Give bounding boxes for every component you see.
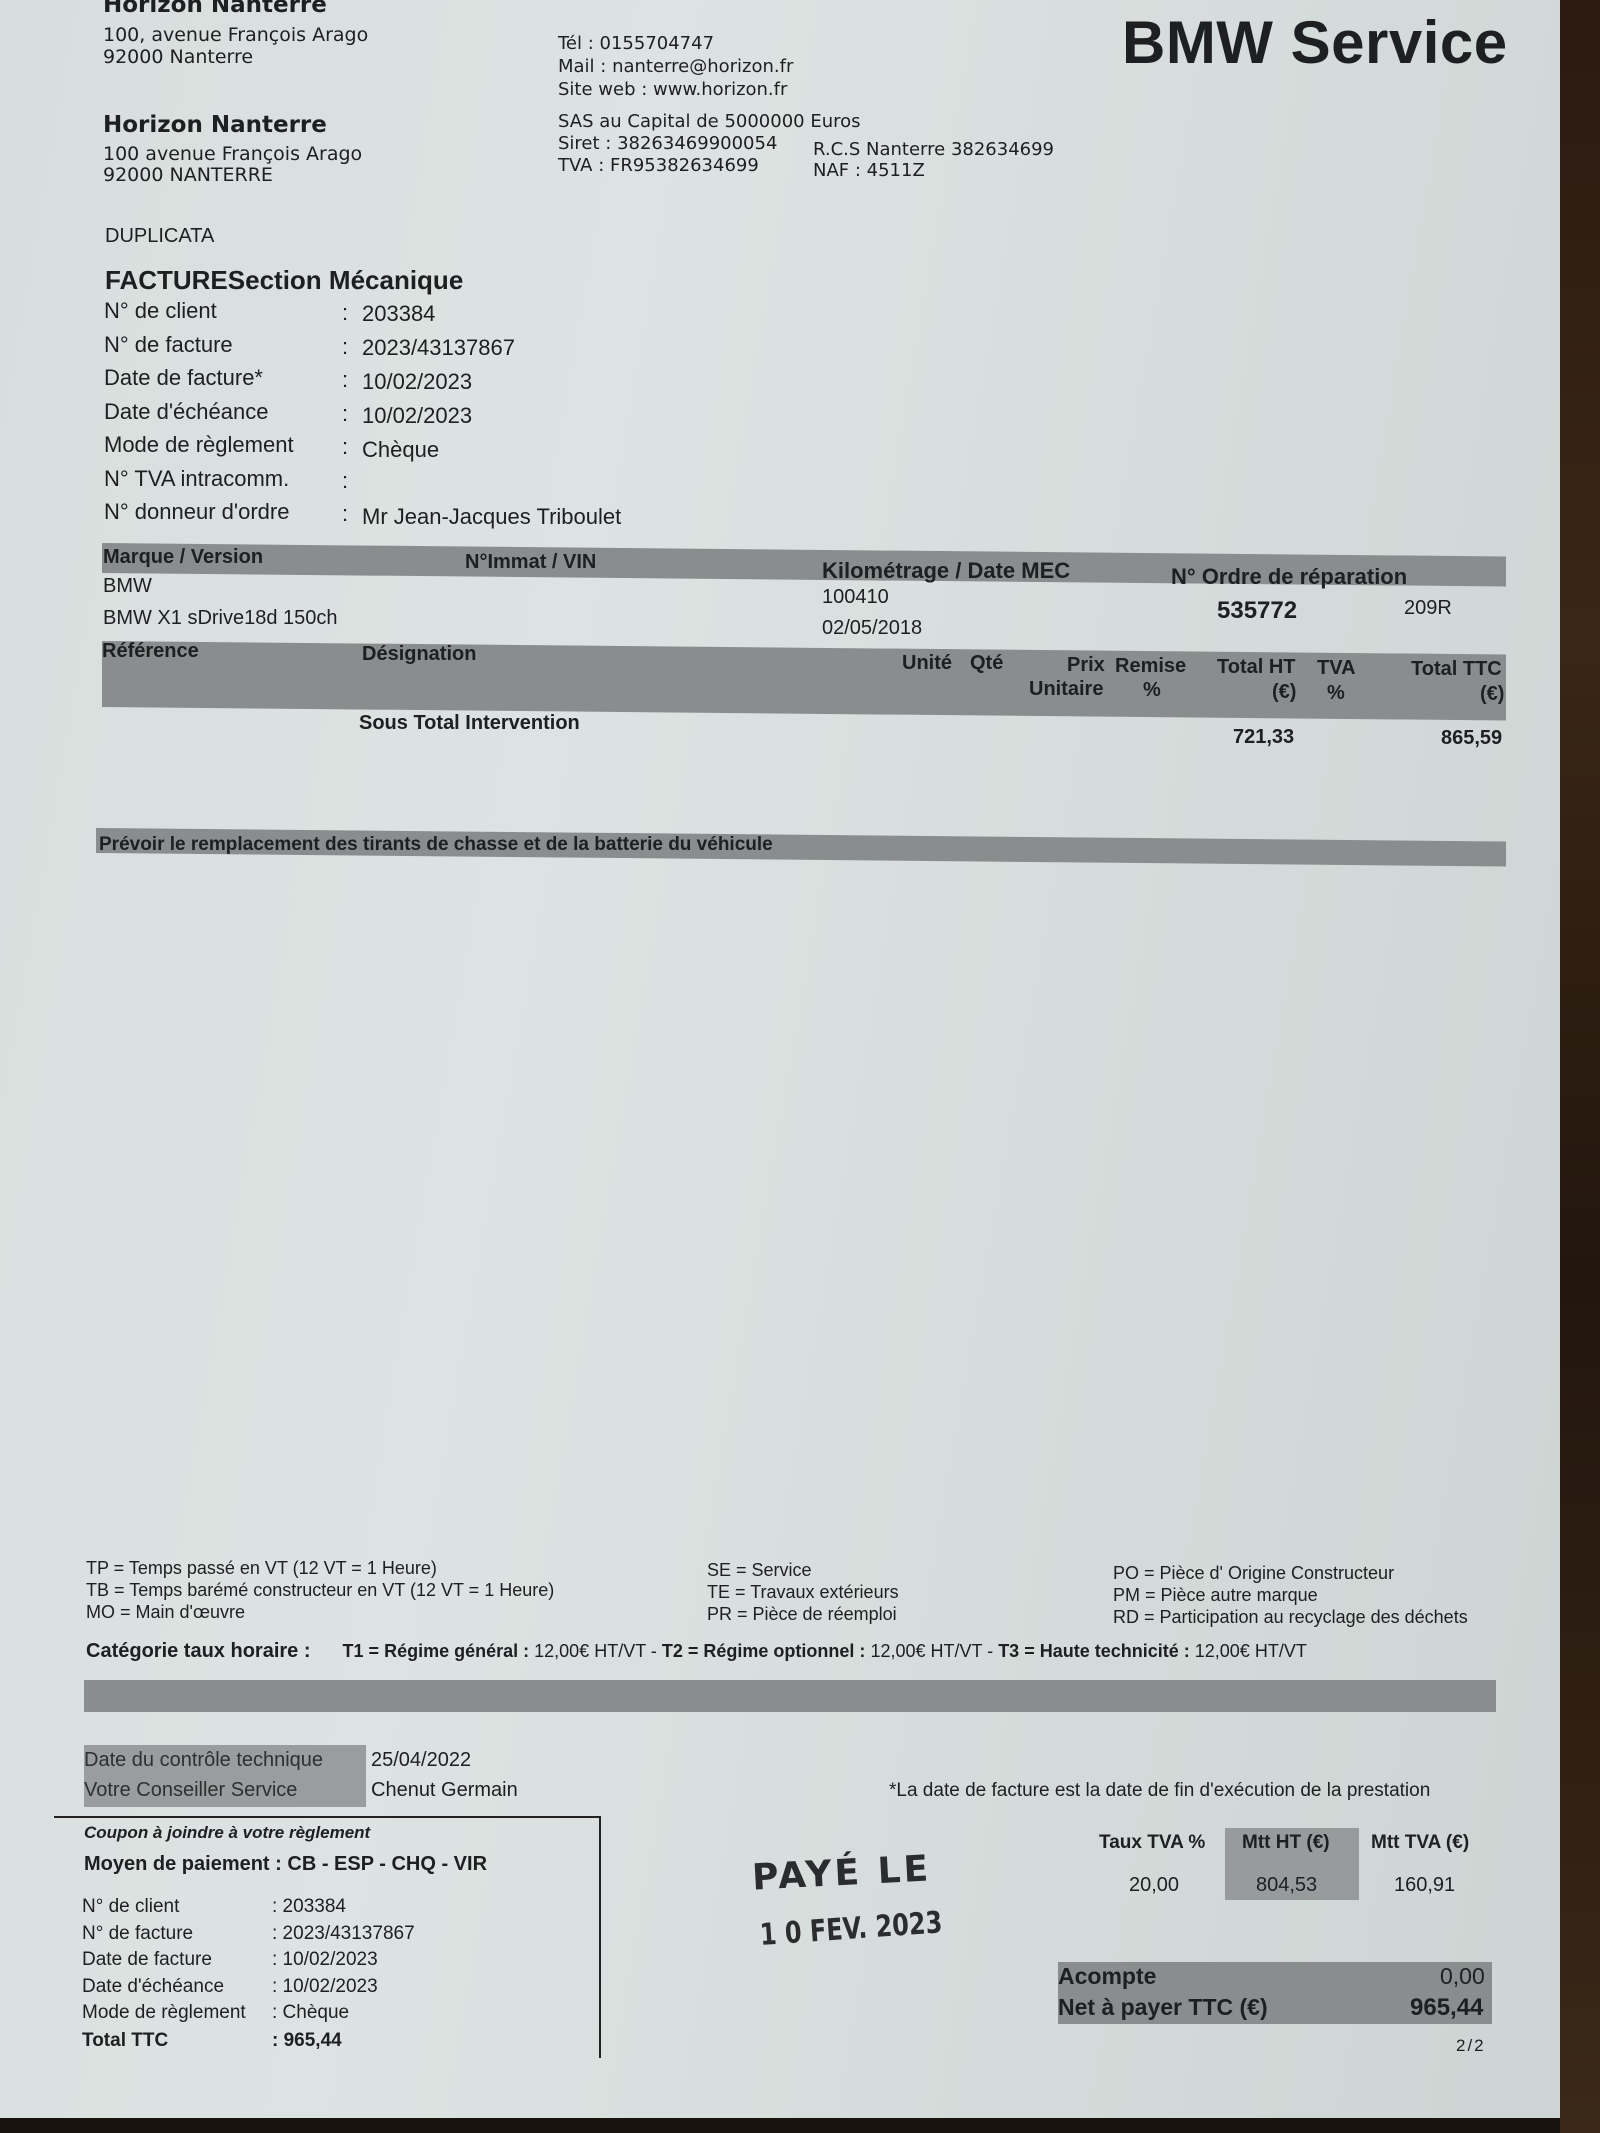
vehicle-date-mec: 02/05/2018 [822, 617, 922, 640]
rate-t3-label: T3 = Haute technicité : [998, 1641, 1190, 1661]
vat-amount-value: 160,91 [1394, 1874, 1455, 1897]
rate-t1-label: T1 = Régime général : [343, 1641, 530, 1661]
coupon-field-label: Mode de règlement [82, 2002, 246, 2024]
vehicle-mileage-header: Kilométrage / Date MEC [822, 558, 1070, 584]
vat-ht-value: 804,53 [1256, 1874, 1317, 1897]
legend-item: PR = Pièce de réemploi [707, 1603, 899, 1625]
company-tva: TVA : FR95382634699 [558, 153, 759, 178]
net-payable-value: 965,44 [1410, 1994, 1483, 2022]
coupon-field-label: N° de client [82, 1896, 179, 1918]
coupon-field-label: Date de facture [82, 1949, 212, 1971]
company-naf: NAF : 4511Z [813, 158, 925, 183]
net-payable-label: Net à payer TTC (€) [1058, 1994, 1268, 2021]
duplicata-label: DUPLICATA [105, 225, 214, 248]
legend-item: TB = Temps barémé constructeur en VT (12… [86, 1579, 554, 1601]
col-price-line2: Unitaire [1029, 678, 1103, 701]
legend-column-2: SE = ServiceTE = Travaux extérieursPR = … [707, 1559, 899, 1625]
invoice-field-label: N° de facture [104, 332, 233, 358]
col-total-ht-line2: (€) [1272, 681, 1296, 704]
rate-t1-value: 12,00€ HT/VT - [534, 1641, 657, 1661]
deposit-value: 0,00 [1440, 1963, 1485, 1990]
vat-rate-value: 20,00 [1129, 1874, 1179, 1897]
invoice-field-label: Date d'échéance [104, 399, 268, 425]
separator-bar [84, 1680, 1496, 1712]
legend-column-3: PO = Pièce d' Origine ConstructeurPM = P… [1113, 1562, 1468, 1628]
col-total-ttc-line2: (€) [1480, 683, 1504, 706]
col-reference: Référence [102, 640, 199, 663]
legend-item: RD = Participation au recyclage des déch… [1113, 1606, 1468, 1628]
invoice-field-value: Mr Jean-Jacques Triboulet [362, 504, 621, 530]
coupon-title: Coupon à joindre à votre règlement [84, 1823, 370, 1843]
col-discount: Remise [1115, 655, 1186, 678]
col-price: Prix [1067, 654, 1105, 677]
vehicle-plate-header: N°Immat / VIN [465, 551, 596, 574]
coupon-field-value: : 10/02/2023 [272, 1976, 378, 1998]
col-tva-line2: % [1327, 682, 1345, 705]
recipient-name: Horizon Nanterre [103, 112, 327, 138]
repair-order-number: 535772 [1217, 597, 1297, 625]
rate-t3-value: 12,00€ HT/VT [1195, 1641, 1307, 1661]
rate-t2-label: T2 = Régime optionnel : [662, 1641, 866, 1661]
col-tva: TVA [1317, 657, 1356, 680]
sender-address-line2: 92000 Nanterre [103, 46, 253, 68]
advisor-label: Votre Conseiller Service [84, 1779, 297, 1802]
hourly-rates: Catégorie taux horaire : T1 = Régime gén… [86, 1640, 1307, 1663]
invoice-field-separator: : [342, 468, 348, 494]
legend-item: PO = Pièce d' Origine Constructeur [1113, 1562, 1468, 1584]
invoice-field-value: 2023/43137867 [362, 335, 515, 361]
deposit-label: Acompte [1058, 1963, 1156, 1990]
payment-methods: Moyen de paiement : CB - ESP - CHQ - VIR [84, 1853, 487, 1876]
invoice-field-separator: : [342, 367, 348, 393]
legend-item: TE = Travaux extérieurs [707, 1581, 899, 1603]
sender-address-line1: 100, avenue François Arago [103, 24, 368, 46]
coupon-field-value: : 203384 [272, 1896, 346, 1918]
vehicle-version: BMW X1 sDrive18d 150ch [103, 607, 338, 630]
vat-ht-header: Mtt HT (€) [1242, 1832, 1330, 1854]
coupon-field-value: : 2023/43137867 [272, 1923, 415, 1945]
col-discount-line2: % [1143, 679, 1161, 702]
col-unit: Unité [902, 652, 952, 675]
subtotal-ht: 721,33 [1233, 726, 1294, 749]
invoice-page: Horizon Nanterre 100, avenue François Ar… [0, 0, 1560, 2118]
subtotal-ttc: 865,59 [1441, 727, 1502, 750]
col-designation: Désignation [362, 643, 476, 666]
invoice-field-value: 203384 [362, 301, 435, 327]
invoice-field-label: Date de facture* [104, 365, 263, 391]
invoice-field-value: 10/02/2023 [362, 403, 472, 429]
subtotal-label: Sous Total Intervention [359, 712, 580, 735]
invoice-field-label: Mode de règlement [104, 432, 294, 458]
invoice-field-separator: : [342, 300, 348, 326]
coupon-total-value: : 965,44 [272, 2030, 342, 2052]
ct-date-label: Date du contrôle technique [84, 1749, 323, 1772]
vat-amount-header: Mtt TVA (€) [1371, 1832, 1469, 1854]
rates-label: Catégorie taux horaire : [86, 1640, 311, 1662]
vehicle-brand: BMW [103, 575, 152, 598]
col-total-ht: Total HT [1217, 656, 1296, 679]
invoice-field-separator: : [342, 501, 348, 527]
legend-column-1: TP = Temps passé en VT (12 VT = 1 Heure)… [86, 1557, 554, 1623]
ct-date-value: 25/04/2022 [371, 1749, 471, 1772]
invoice-field-label: N° de client [104, 298, 217, 324]
coupon-field-value: : Chèque [272, 2002, 349, 2024]
background-surface [1560, 0, 1600, 2133]
coupon-field-value: : 10/02/2023 [272, 1949, 378, 1971]
invoice-field-label: N° TVA intracomm. [104, 466, 289, 492]
coupon-total-label: Total TTC [82, 2030, 168, 2052]
contact-mail: Mail : nanterre@horizon.fr [558, 54, 793, 79]
repair-order-header: N° Ordre de réparation [1171, 564, 1407, 590]
col-qty: Qté [970, 652, 1003, 675]
invoice-field-label: N° donneur d'ordre [104, 499, 289, 525]
recipient-address-line2: 92000 NANTERRE [103, 164, 273, 186]
brand-title: BMW Service [1122, 8, 1508, 77]
paid-stamp-date: 1 0 FEV. 2023 [759, 1905, 944, 1953]
advisor-value: Chenut Germain [371, 1779, 518, 1802]
vehicle-mileage: 100410 [822, 586, 889, 609]
legend-item: PM = Pièce autre marque [1113, 1584, 1468, 1606]
contact-web: Site web : www.horizon.fr [558, 77, 787, 102]
invoice-title: FACTURESection Mécanique [105, 265, 463, 296]
vat-rate-header: Taux TVA % [1099, 1832, 1205, 1854]
contact-tel: Tél : 0155704747 [558, 31, 714, 56]
col-total-ttc: Total TTC [1411, 658, 1502, 681]
invoice-field-separator: : [342, 401, 348, 427]
invoice-field-separator: : [342, 334, 348, 360]
repair-order-code: 209R [1404, 597, 1452, 620]
vehicle-brand-header: Marque / Version [103, 546, 263, 569]
rate-t2-value: 12,00€ HT/VT - [870, 1641, 993, 1661]
coupon-field-label: Date d'échéance [82, 1976, 224, 1998]
legend-item: SE = Service [707, 1559, 899, 1581]
page-number: 2/2 [1456, 2036, 1486, 2056]
paid-stamp: PAYÉ LE [751, 1848, 932, 1898]
coupon-field-label: N° de facture [82, 1923, 193, 1945]
invoice-date-footnote: *La date de facture est la date de fin d… [889, 1780, 1430, 1802]
repair-note: Prévoir le remplacement des tirants de c… [99, 834, 773, 856]
recipient-address-line1: 100 avenue François Arago [103, 143, 362, 165]
invoice-field-value: 10/02/2023 [362, 369, 472, 395]
invoice-field-separator: : [342, 434, 348, 460]
sender-name: Horizon Nanterre [103, 0, 327, 18]
invoice-field-value: Chèque [362, 437, 439, 463]
legend-item: TP = Temps passé en VT (12 VT = 1 Heure) [86, 1557, 554, 1579]
legend-item: MO = Main d'œuvre [86, 1601, 554, 1623]
